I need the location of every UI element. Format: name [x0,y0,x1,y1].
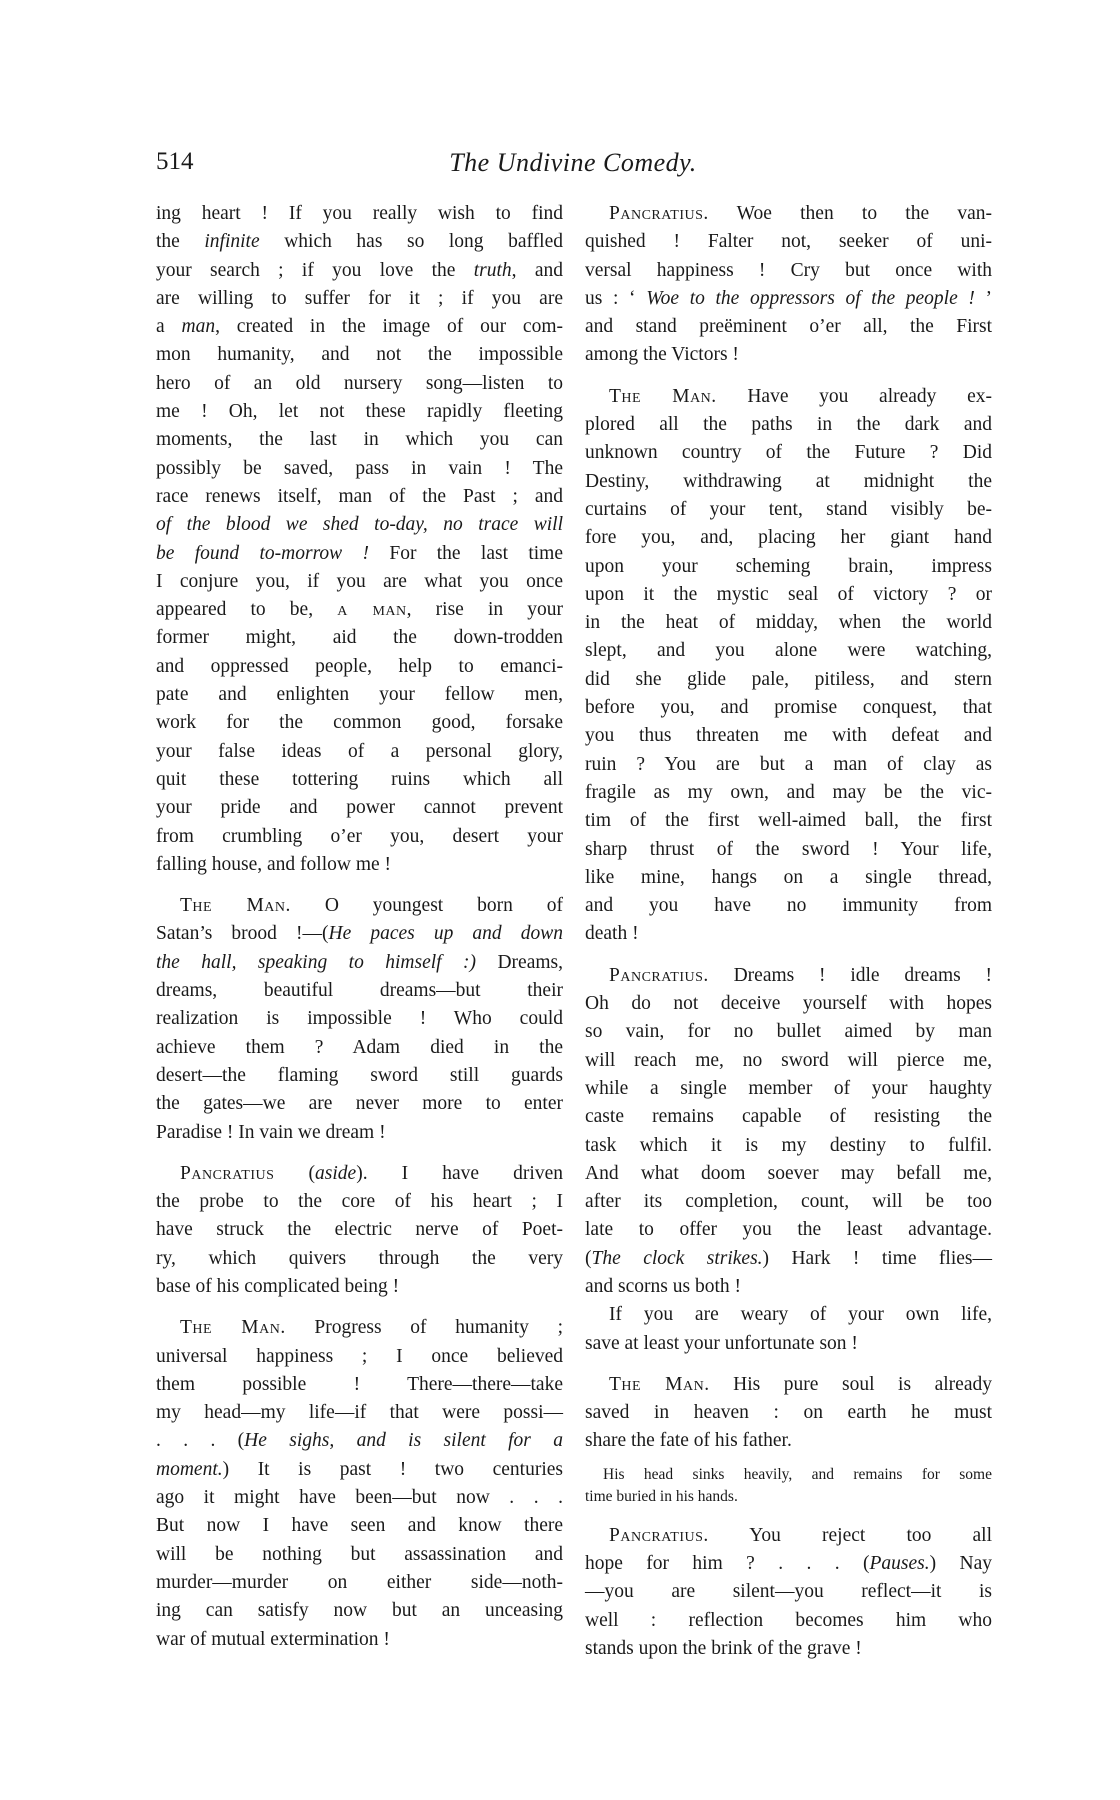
paragraph-the-man-speech: The Man. Have you already ex-plored all … [585,383,992,949]
speaker-name: The Man. [609,386,717,407]
text-line: after its completion, count, will be too [585,1188,992,1216]
text-line: will reach me, no sword will pierce me, [585,1047,992,1075]
text-line: us : ‘ Woe to the oppressors of the peop… [585,285,992,313]
speaker-name: Pancratius. [609,1525,709,1546]
text-line: war of mutual extermination ! [156,1626,563,1654]
text-line: former might, aid the down-trodden [156,624,563,652]
italic-text: The clock strikes. [592,1248,763,1269]
text-line: share the fate of his father. [585,1427,992,1455]
text-line: have struck the electric nerve of Poet- [156,1216,563,1244]
text-line: your search ; if you love the truth, and [156,257,563,285]
text-line: moments, the last in which you can [156,426,563,454]
text-line: quit these tottering ruins which all [156,766,563,794]
text-line: ry, which quivers through the very [156,1245,563,1273]
text-line: hope for him ? . . . (Pauses.) Nay [585,1550,992,1578]
text-line: appeared to be, a man, rise in your [156,596,563,624]
text-line: me ! Oh, let not these rapidly fleeting [156,398,563,426]
text-line: murder—murder on either side—noth- [156,1569,563,1597]
text-line: upon it the mystic seal of victory ? or [585,581,992,609]
text-line: ing can satisfy now but an unceasing [156,1597,563,1625]
speaker-name: Pancratius. [609,965,709,986]
text-line: achieve them ? Adam died in the [156,1034,563,1062]
paragraph: ing heart ! If you really wish to findth… [156,200,563,879]
text-line: caste remains capable of resisting the [585,1103,992,1131]
italic-text: He sighs, and is silent for a [244,1430,563,1451]
text-line: and you have no immunity from [585,892,992,920]
running-title: The Undivine Comedy. [156,148,990,178]
italic-text: moment. [156,1459,223,1480]
text-line: But now I have seen and know there [156,1512,563,1540]
paragraph-pancratius-aside: Pancratius (aside). I have driventhe pro… [156,1160,563,1301]
text-line: well : reflection becomes him who [585,1607,992,1635]
speaker-name: Pancratius. [609,203,709,224]
text-line: be found to-morrow ! For the last time [156,540,563,568]
text-line: in the heat of midday, when the world [585,609,992,637]
text-line: upon your scheming brain, impress [585,553,992,581]
text-line: . . . (He sighs, and is silent for a [156,1427,563,1455]
text-line: my head—my life—if that were possi— [156,1399,563,1427]
text-line: Pancratius. You reject too all [585,1522,992,1550]
text-line: the probe to the core of his heart ; I [156,1188,563,1216]
paragraph-the-man-speech: The Man. His pure soul is alreadysaved i… [585,1371,992,1456]
text-line: unknown country of the Future ? Did [585,439,992,467]
stage-direction: His head sinks heavily, and remains for … [585,1464,992,1508]
text-line: task which it is my destiny to fulfil. [585,1132,992,1160]
text-line: I conjure you, if you are what you once [156,568,563,596]
text-line: the infinite which has so long baffled [156,228,563,256]
text-line: did she glide pale, pitiless, and stern [585,666,992,694]
text-line: dreams, beautiful dreams—but their [156,977,563,1005]
book-page: 514 The Undivine Comedy. ing heart ! If … [0,0,1120,1800]
text-line: your pride and power cannot prevent [156,794,563,822]
text-line: you thus threaten me with defeat and [585,722,992,750]
italic-text: the hall, speaking to himself :) [156,952,476,973]
text-line: The Man. Progress of humanity ; [156,1314,563,1342]
text-line: versal happiness ! Cry but once with [585,257,992,285]
text-line: them possible ! There—there—take [156,1371,563,1399]
italic-text: truth [474,260,512,281]
text-line: like mine, hangs on a single thread, [585,864,992,892]
page-header: 514 The Undivine Comedy. [156,148,990,188]
text-line: work for the common good, forsake [156,709,563,737]
text-line: fragile as my own, and may be the vic- [585,779,992,807]
paragraph-pancratius-speech: Pancratius. Dreams ! idle dreams !Oh do … [585,962,992,1302]
text-line: sharp thrust of the sword ! Your life, [585,836,992,864]
text-line: universal happiness ; I once believed [156,1343,563,1371]
text-line: your false ideas of a personal glory, [156,738,563,766]
text-line: Paradise ! In vain we dream ! [156,1119,563,1147]
paragraph-the-man-speech: The Man. O youngest born ofSatan’s brood… [156,892,563,1147]
text-line: And what doom soever may befall me, [585,1160,992,1188]
text-line: save at least your unfortunate son ! [585,1330,992,1358]
text-line: pate and enlighten your fellow men, [156,681,563,709]
text-line: are willing to suffer for it ; if you ar… [156,285,563,313]
text-line: —you are silent—you reflect—it is [585,1578,992,1606]
text-line: slept, and you alone were watching, [585,637,992,665]
text-line: tim of the first well-aimed ball, the fi… [585,807,992,835]
speaker-name: a man [337,599,406,620]
text-line: time buried in his hands. [585,1486,992,1508]
text-line: a man, created in the image of our com- [156,313,563,341]
left-column: ing heart ! If you really wish to findth… [156,200,563,1654]
speaker-name: Pancratius [180,1163,274,1184]
text-line: Pancratius. Dreams ! idle dreams ! [585,962,992,990]
text-line: among the Victors ! [585,341,992,369]
text-line: base of his complicated being ! [156,1273,563,1301]
text-line: ruin ? You are but a man of clay as [585,751,992,779]
text-line: falling house, and follow me ! [156,851,563,879]
text-line: The Man. O youngest born of [156,892,563,920]
text-line: His head sinks heavily, and remains for … [585,1464,992,1486]
text-line: and oppressed people, help to emanci- [156,653,563,681]
italic-text: He paces up and down [329,923,564,944]
text-line: late to offer you the least advantage. [585,1216,992,1244]
paragraph-pancratius-speech: Pancratius. Woe then to the van-quished … [585,200,992,370]
text-line: realization is impossible ! Who could [156,1005,563,1033]
text-line: mon humanity, and not the impossible [156,341,563,369]
text-line: ing heart ! If you really wish to find [156,200,563,228]
italic-text: infinite [204,231,259,252]
text-line: and scorns us both ! [585,1273,992,1301]
text-line: moment.) It is past ! two centuries [156,1456,563,1484]
text-line: Pancratius (aside). I have driven [156,1160,563,1188]
text-line: hero of an old nursery song—listen to [156,370,563,398]
italic-text: Woe to the oppressors of the people ! [646,288,975,309]
text-line: the hall, speaking to himself :) Dreams, [156,949,563,977]
text-line: (The clock strikes.) Hark ! time flies— [585,1245,992,1273]
text-line: curtains of your tent, stand visibly be- [585,496,992,524]
text-line: of the blood we shed to-day, no trace wi… [156,511,563,539]
text-line: Oh do not deceive yourself with hopes [585,990,992,1018]
text-line: death ! [585,920,992,948]
text-line: so vain, for no bullet aimed by man [585,1018,992,1046]
paragraph-pancratius-speech: Pancratius. You reject too allhope for h… [585,1522,992,1663]
text-line: before you, and promise conquest, that [585,694,992,722]
text-line: If you are weary of your own life, [585,1301,992,1329]
speaker-name: The Man. [180,895,291,916]
text-line: Satan’s brood !—(He paces up and down [156,920,563,948]
right-column: Pancratius. Woe then to the van-quished … [585,200,992,1663]
paragraph-continuation: If you are weary of your own life,save a… [585,1301,992,1358]
paragraph-the-man-speech: The Man. Progress of humanity ;universal… [156,1314,563,1654]
text-line: The Man. Have you already ex- [585,383,992,411]
text-line: stands upon the brink of the grave ! [585,1635,992,1663]
text-line: Pancratius. Woe then to the van- [585,200,992,228]
text-line: the gates—we are never more to enter [156,1090,563,1118]
italic-text: man [182,316,216,337]
speaker-name: The Man. [609,1374,710,1395]
text-line: while a single member of your haughty [585,1075,992,1103]
text-line: saved in heaven : on earth he must [585,1399,992,1427]
text-line: The Man. His pure soul is already [585,1371,992,1399]
italic-text: Pauses. [870,1553,930,1574]
italic-text: of the blood we shed to-day, no trace wi… [156,514,563,535]
italic-text: be found to-morrow ! [156,543,369,564]
text-line: Destiny, withdrawing at midnight the [585,468,992,496]
italic-text: aside [315,1163,356,1184]
text-line: possibly be saved, pass in vain ! The [156,455,563,483]
text-line: fore you, and, placing her giant hand [585,524,992,552]
text-line: quished ! Falter not, seeker of uni- [585,228,992,256]
text-line: and stand preëminent o’er all, the First [585,313,992,341]
text-line: plored all the paths in the dark and [585,411,992,439]
text-line: ago it might have been—but now . . . [156,1484,563,1512]
text-line: from crumbling o’er you, desert your [156,823,563,851]
text-line: race renews itself, man of the Past ; an… [156,483,563,511]
text-line: desert—the flaming sword still guards [156,1062,563,1090]
text-line: will be nothing but assassination and [156,1541,563,1569]
speaker-name: The Man. [180,1317,286,1338]
